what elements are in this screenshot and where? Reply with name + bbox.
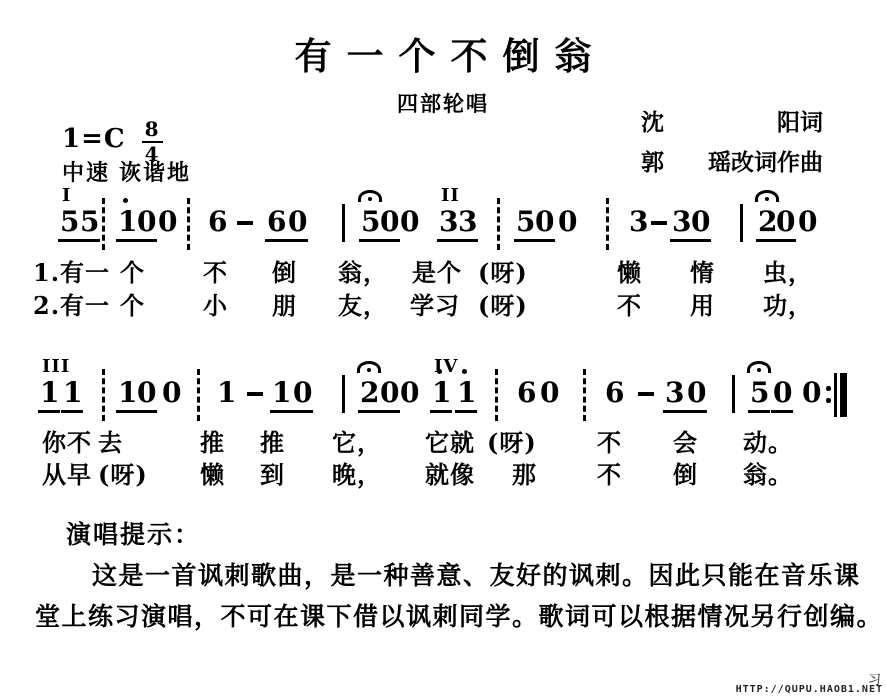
eighth-underline bbox=[378, 410, 400, 413]
eighth-underline bbox=[455, 410, 477, 413]
lyric-token: 倒 bbox=[673, 455, 698, 490]
lyric-token: 学习 bbox=[410, 286, 460, 321]
eighth-underline bbox=[378, 239, 400, 242]
lyrics-verse2-row2: 从早(呀)懒到晚，就像那不倒翁。 bbox=[0, 455, 886, 487]
lyric-token: 小 bbox=[203, 286, 228, 321]
expression-marking: 诙谐地 bbox=[119, 156, 191, 187]
note-digit: 3 bbox=[629, 207, 648, 237]
octave-dot bbox=[462, 369, 467, 374]
time-signature-numerator: 8 bbox=[142, 119, 163, 143]
eighth-underline bbox=[135, 239, 157, 242]
eighth-underline bbox=[358, 410, 380, 413]
eighth-underline bbox=[286, 239, 308, 242]
note-digit: 0 bbox=[687, 378, 706, 408]
lyric-token: 就像 bbox=[425, 455, 475, 490]
solid-barline bbox=[732, 375, 735, 413]
note-digit: 0 bbox=[158, 207, 177, 237]
lyric-token: 个 bbox=[120, 286, 145, 321]
eighth-underline bbox=[533, 239, 555, 242]
dashed-barline bbox=[583, 369, 586, 421]
repeat-dot bbox=[826, 386, 831, 391]
eighth-underline bbox=[78, 239, 100, 242]
note-digit: 6 bbox=[267, 207, 286, 237]
note-digit: 0 bbox=[137, 207, 156, 237]
note-digit: 0 bbox=[380, 378, 399, 408]
key-value: 1=C bbox=[62, 124, 126, 154]
lyric-token: 推 bbox=[260, 423, 285, 458]
voice-entry-marker: II bbox=[441, 187, 460, 205]
lyric-token: 翁， bbox=[338, 253, 388, 288]
eighth-underline bbox=[265, 239, 287, 242]
eighth-underline bbox=[61, 410, 83, 413]
lyric-token: 2.有一 bbox=[33, 286, 110, 321]
note-digit: 0 bbox=[776, 207, 795, 237]
note-digit: 0 bbox=[540, 378, 559, 408]
watermark-url: HTTP://QUPU.HAOB1.NET bbox=[736, 684, 883, 695]
barline-stroke bbox=[834, 373, 837, 417]
note-digit: 6 bbox=[605, 378, 624, 408]
note-digit: 0 bbox=[558, 207, 577, 237]
lyric-token: (呀) bbox=[98, 455, 148, 490]
lyric-token: 不 bbox=[203, 253, 228, 288]
voice-entry-marker: III bbox=[42, 358, 70, 376]
dashed-barline bbox=[497, 198, 500, 250]
lyrics-verse1-row1: 1.有一个不倒翁，是个(呀)懒惰虫， bbox=[0, 253, 886, 285]
solid-barline bbox=[342, 375, 345, 413]
note-digit: 0 bbox=[137, 378, 156, 408]
lyric-token: 它， bbox=[332, 423, 382, 458]
eighth-underline bbox=[38, 410, 60, 413]
performance-note-line2: 堂上练习演唱，不可在课下借以讽刺同学。歌词可以根据情况另行创编。 bbox=[35, 597, 883, 633]
performance-note-line1: 这是一首讽刺歌曲，是一种善意、友好的讽刺。因此只能在音乐课 bbox=[92, 556, 861, 592]
fermata-icon bbox=[357, 361, 381, 373]
note-digit: 5 bbox=[361, 207, 380, 237]
lyric-token: 虫， bbox=[763, 253, 813, 288]
lyric-token: 你不 bbox=[42, 423, 92, 458]
lyric-token: 到 bbox=[260, 455, 285, 490]
lyrics-verse2-row1: 2.有一个小朋友，学习(呀)不用功， bbox=[0, 286, 886, 318]
note-digit: 1 bbox=[118, 378, 137, 408]
duration-dash bbox=[638, 392, 654, 396]
lyric-token: 不 bbox=[597, 423, 622, 458]
lyric-token: 倒 bbox=[272, 253, 297, 288]
note-digit: 5 bbox=[80, 207, 99, 237]
tempo-marking: 中速 bbox=[62, 156, 110, 187]
score-line-1: 5I51006605003II3500330200 bbox=[0, 207, 886, 253]
note-digit: 1 bbox=[457, 378, 476, 408]
eighth-underline bbox=[430, 410, 452, 413]
lyric-token: 会 bbox=[673, 423, 698, 458]
credits: 沈 阳词 郭 瑶改词作曲 bbox=[641, 104, 823, 184]
eighth-underline bbox=[135, 410, 157, 413]
note-digit: 6 bbox=[208, 207, 227, 237]
lyric-token: 不 bbox=[597, 455, 622, 490]
note-digit: 3 bbox=[665, 378, 684, 408]
lyric-token: 翁。 bbox=[743, 455, 793, 490]
voice-entry-marker: I bbox=[62, 187, 71, 205]
lyric-token: 它就 bbox=[425, 423, 475, 458]
note-digit: 0 bbox=[293, 378, 312, 408]
lyric-token: 个 bbox=[120, 253, 145, 288]
lyricist-surname: 沈 bbox=[641, 104, 664, 137]
fermata-icon bbox=[358, 190, 382, 202]
fermata-icon bbox=[747, 361, 771, 373]
note-digit: 1 bbox=[272, 378, 291, 408]
note-digit: 0 bbox=[798, 207, 817, 237]
duration-dash bbox=[237, 221, 253, 225]
dashed-barline bbox=[495, 369, 498, 421]
lyric-token: 友， bbox=[338, 286, 388, 321]
note-digit: 0 bbox=[162, 378, 181, 408]
fermata-icon bbox=[755, 190, 779, 202]
end-repeat-barline bbox=[826, 373, 847, 417]
lyric-token: 功， bbox=[763, 286, 813, 321]
note-digit: 0 bbox=[535, 207, 554, 237]
note-digit: 0 bbox=[802, 378, 821, 408]
voice-entry-marker: IV bbox=[434, 358, 458, 376]
lyricist-credit: 沈 阳词 bbox=[641, 104, 823, 144]
eighth-underline bbox=[270, 410, 292, 413]
score-line-2: 1III11001102001IV160630500 bbox=[0, 378, 886, 424]
note-digit: 1III bbox=[40, 378, 59, 408]
lyric-token: 朋 bbox=[272, 286, 297, 321]
eighth-underline bbox=[748, 410, 770, 413]
song-title: 有一个不倒翁 bbox=[0, 26, 886, 80]
dashed-barline bbox=[197, 369, 200, 421]
note-digit: 2 bbox=[360, 378, 379, 408]
duration-dash bbox=[247, 392, 263, 396]
note-digit: 0 bbox=[380, 207, 399, 237]
lyric-token: 懒 bbox=[200, 455, 225, 490]
solid-barline bbox=[740, 204, 743, 242]
composer-role: 瑶改词作曲 bbox=[708, 144, 823, 177]
note-digit: 3II bbox=[439, 207, 458, 237]
eighth-underline bbox=[771, 410, 793, 413]
lyric-token: 晚， bbox=[332, 455, 382, 490]
note-digit: 1 bbox=[63, 378, 82, 408]
lyric-token: (呀) bbox=[478, 253, 528, 288]
composer-credit: 郭 瑶改词作曲 bbox=[641, 144, 823, 184]
note-digit: 3 bbox=[458, 207, 477, 237]
lyric-token: 从早 bbox=[42, 455, 92, 490]
note-digit: 2 bbox=[758, 207, 777, 237]
eighth-underline bbox=[291, 410, 313, 413]
lyric-token: 懒 bbox=[617, 253, 642, 288]
lyric-token: (呀) bbox=[478, 286, 528, 321]
lyric-token: 推 bbox=[200, 423, 225, 458]
note-digit: 5 bbox=[516, 207, 535, 237]
lyric-token: 用 bbox=[690, 286, 715, 321]
note-digit: 3 bbox=[672, 207, 691, 237]
lyricist-role: 阳词 bbox=[777, 104, 823, 137]
eighth-underline bbox=[774, 239, 796, 242]
note-digit: 0 bbox=[400, 378, 419, 408]
note-digit: 0 bbox=[400, 207, 419, 237]
lyric-token: 1.有一 bbox=[33, 253, 110, 288]
note-digit: 0 bbox=[773, 378, 792, 408]
lyric-token: 不 bbox=[617, 286, 642, 321]
eighth-underline bbox=[456, 239, 478, 242]
eighth-underline bbox=[689, 239, 711, 242]
lyric-token: 那 bbox=[512, 455, 537, 490]
performance-note-heading: 演唱提示： bbox=[66, 515, 201, 551]
note-digit: 5 bbox=[750, 378, 769, 408]
note-digit: 0 bbox=[288, 207, 307, 237]
solid-barline bbox=[342, 204, 345, 242]
duration-dash bbox=[651, 221, 667, 225]
dashed-barline bbox=[102, 198, 105, 250]
dashed-barline bbox=[102, 369, 105, 421]
dashed-barline bbox=[606, 198, 609, 250]
note-digit: 6 bbox=[517, 378, 536, 408]
lyric-token: 动。 bbox=[743, 423, 793, 458]
composer-surname: 郭 bbox=[641, 144, 664, 177]
eighth-underline bbox=[58, 239, 80, 242]
repeat-dot bbox=[826, 398, 831, 403]
barline-stroke bbox=[840, 373, 847, 417]
note-digit: 5I bbox=[60, 207, 79, 237]
dashed-barline bbox=[187, 198, 190, 250]
octave-dot bbox=[123, 198, 128, 203]
note-digit: 0 bbox=[691, 207, 710, 237]
note-digit: 1IV bbox=[432, 378, 451, 408]
lyric-token: 去 bbox=[98, 423, 123, 458]
note-digit: 1 bbox=[118, 207, 137, 237]
sheet-music-page: 有一个不倒翁 四部轮唱 沈 阳词 郭 瑶改词作曲 1=C 8 4 中速 诙谐地 … bbox=[0, 0, 886, 700]
lyrics-verse1-row2: 你不去推推它，它就(呀)不会动。 bbox=[0, 423, 886, 455]
lyric-token: 是个 bbox=[412, 253, 462, 288]
eighth-underline bbox=[663, 410, 685, 413]
lyric-token: (呀) bbox=[487, 423, 537, 458]
eighth-underline bbox=[685, 410, 707, 413]
note-digit: 1 bbox=[217, 378, 236, 408]
lyric-token: 惰 bbox=[690, 253, 715, 288]
